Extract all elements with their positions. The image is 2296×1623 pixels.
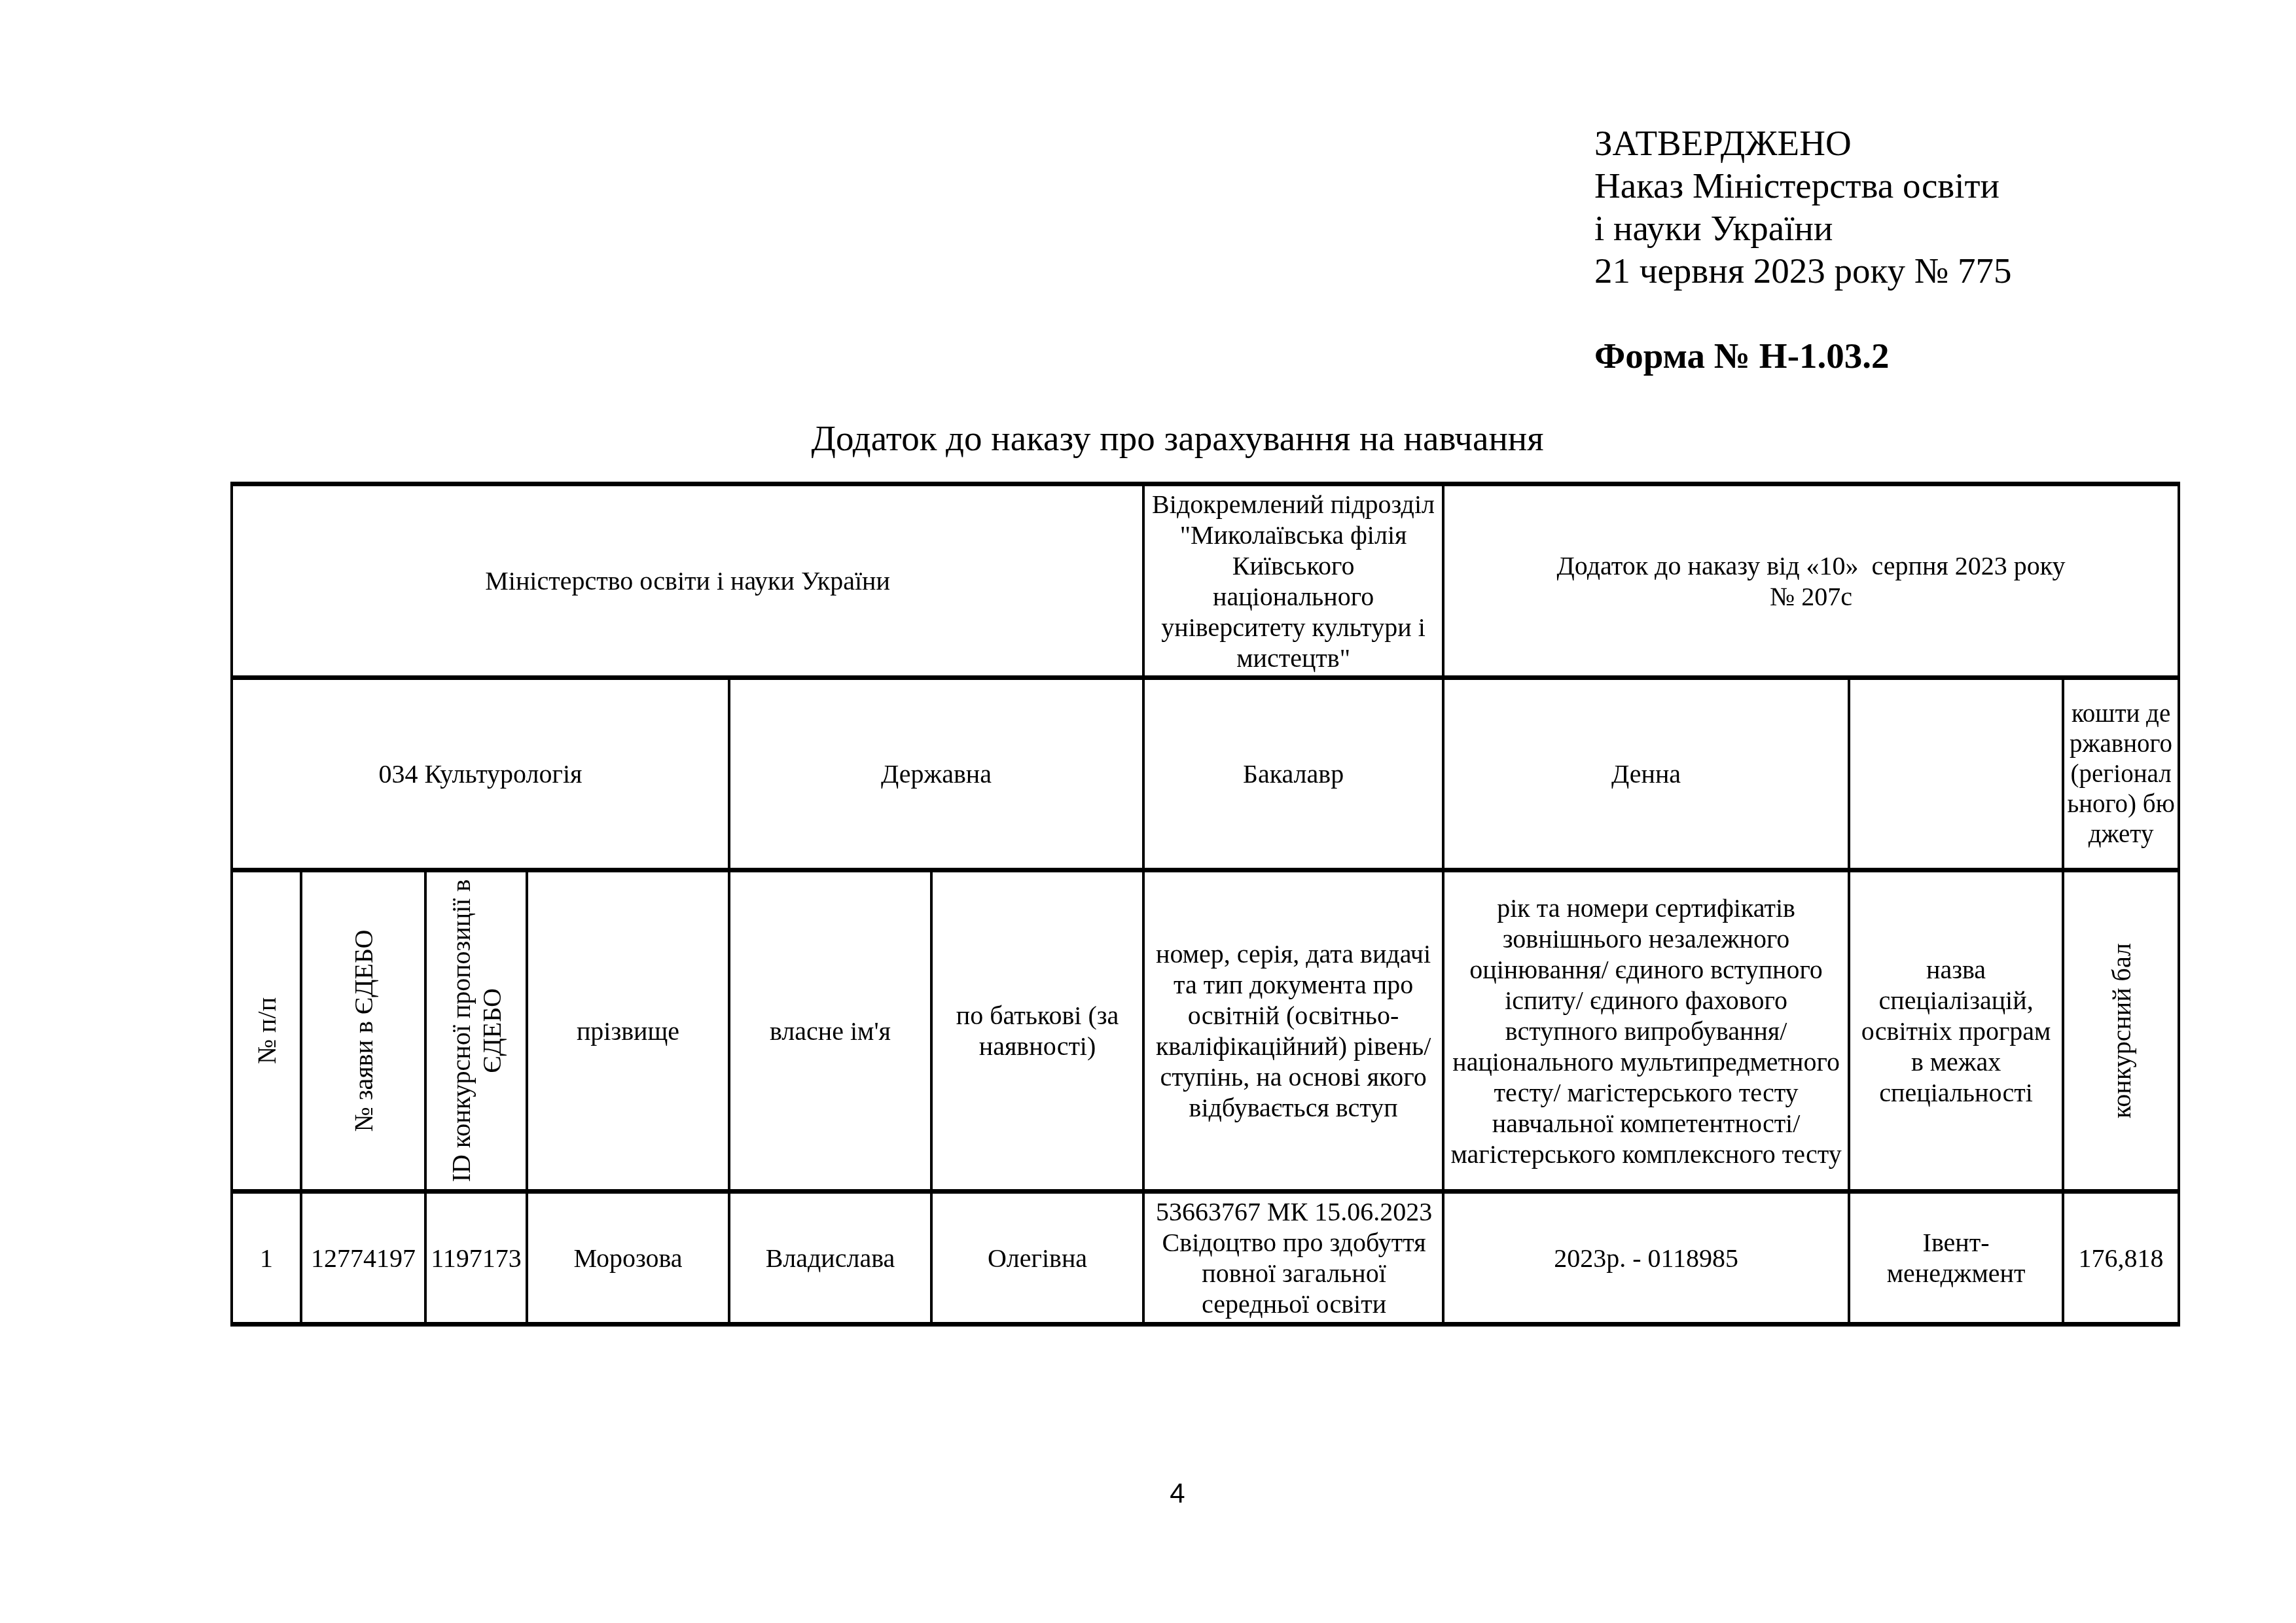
header-score: конкурсний бал — [2063, 870, 2179, 1192]
cell-first-name: Владислава — [729, 1192, 931, 1325]
header-seq-no-text: № п/п — [251, 997, 282, 1064]
header-score-text: конкурсний бал — [2106, 943, 2136, 1118]
cell-education-doc: 53663767 МК 15.06.2023 Свідоцтво про здо… — [1143, 1192, 1443, 1325]
table-row: 1 12774197 1197173 Морозова Владислава О… — [232, 1192, 2179, 1325]
header-offer-id: ID конкурсної пропозиції в ЄДЕБО — [425, 870, 527, 1192]
page-number: 4 — [0, 1478, 2296, 1509]
approval-order-line: Наказ Міністерства освіти — [1594, 164, 2011, 207]
header-education-doc: номер, серія, дата видачі та тип докумен… — [1143, 870, 1443, 1192]
ownership-cell: Державна — [729, 678, 1143, 870]
ministry-cell: Міністерство освіти і науки України — [232, 484, 1143, 678]
order-reference-cell: Додаток до наказу від «10» серпня 2023 р… — [1443, 484, 2179, 678]
header-specialization: назва спеціалізацій, освітніх програм в … — [1849, 870, 2063, 1192]
header-offer-id-text: ID конкурсної пропозиції в ЄДЕБО — [446, 877, 507, 1185]
form-number: Форма № Н-1.03.2 — [1594, 335, 1889, 376]
order-number: № 207с — [1448, 581, 2174, 612]
cell-score: 176,818 — [2063, 1192, 2179, 1325]
cell-certificates: 2023р. - 0118985 — [1443, 1192, 1849, 1325]
header-application-no-text: № заяви в ЄДЕБО — [348, 929, 379, 1132]
cell-seq-no: 1 — [232, 1192, 301, 1325]
funding-cell: кошти державного (регіонального) бюджету — [2063, 678, 2179, 870]
document-title: Додаток до наказу про зарахування на нав… — [0, 418, 2296, 459]
cell-patronymic: Олегівна — [931, 1192, 1143, 1325]
cell-surname: Морозова — [527, 1192, 729, 1325]
specialty-cell: 034 Культурологія — [232, 678, 729, 870]
degree-cell: Бакалавр — [1143, 678, 1443, 870]
cell-specialization: Івент-менеджмент — [1849, 1192, 2063, 1325]
study-form-cell: Денна — [1443, 678, 1849, 870]
empty-cell — [1849, 678, 2063, 870]
cell-offer-id: 1197173 — [425, 1192, 527, 1325]
column-header-row: № п/п № заяви в ЄДЕБО ID конкурсної проп… — [232, 870, 2179, 1192]
approval-order-date: 21 червня 2023 року № 775 — [1594, 249, 2011, 292]
approval-block: ЗАТВЕРДЖЕНО Наказ Міністерства освіти і … — [1594, 122, 2011, 292]
approval-order-line: і науки України — [1594, 207, 2011, 249]
approval-heading: ЗАТВЕРДЖЕНО — [1594, 122, 2011, 164]
enrollment-table: Міністерство освіти і науки України Відо… — [230, 482, 2180, 1327]
header-application-no: № заяви в ЄДЕБО — [301, 870, 425, 1192]
header-first-name: власне ім'я — [729, 870, 931, 1192]
institution-cell: Відокремлений підрозділ "Миколаївська фі… — [1143, 484, 1443, 678]
order-reference-line: Додаток до наказу від «10» серпня 2023 р… — [1448, 550, 2174, 581]
header-surname: прізвище — [527, 870, 729, 1192]
table-header-row-1: Міністерство освіти і науки України Відо… — [232, 484, 2179, 678]
cell-application-no: 12774197 — [301, 1192, 425, 1325]
header-seq-no: № п/п — [232, 870, 301, 1192]
header-certificates: рік та номери сертифікатів зовнішнього н… — [1443, 870, 1849, 1192]
table-header-row-2: 034 Культурологія Державна Бакалавр Денн… — [232, 678, 2179, 870]
header-patronymic: по батькові (за наявності) — [931, 870, 1143, 1192]
